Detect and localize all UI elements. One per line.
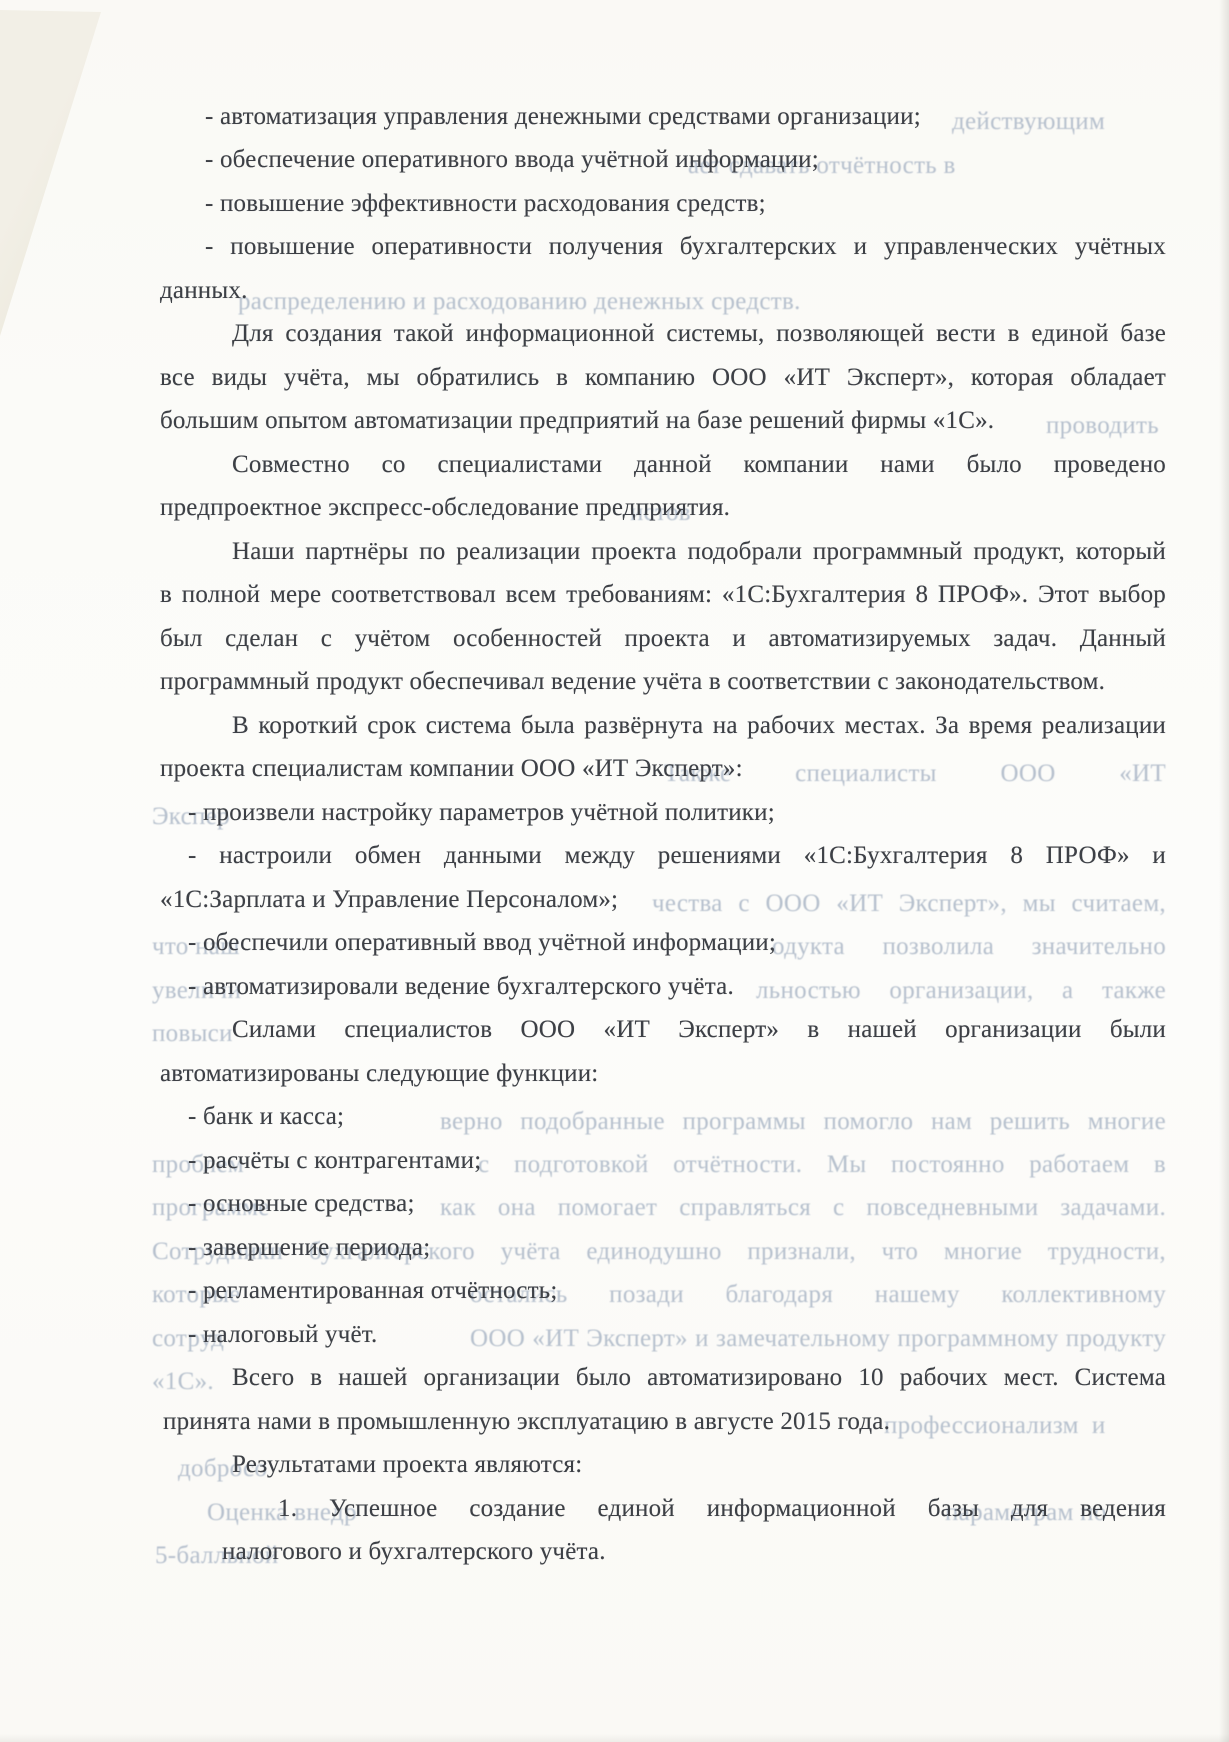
text-line: проекта специалистам компании ООО «ИТ Эк…: [160, 753, 743, 784]
text-line: Результатами проекта являются:: [232, 1449, 582, 1480]
text-line: - автоматизировали ведение бухгалтерског…: [188, 971, 734, 1002]
text-line: Всего в нашей организации было автоматиз…: [232, 1362, 1166, 1393]
text-line: программный продукт обеспечивал ведение …: [160, 666, 1105, 697]
text-line: - завершение периода;: [188, 1232, 430, 1263]
text-line: - повышение оперативности получения бухг…: [205, 231, 1166, 262]
text-line: Для создания такой информационной систем…: [232, 318, 1166, 349]
text-line: большим опытом автоматизации предприятий…: [160, 405, 994, 436]
text-line: - банк и касса;: [188, 1101, 344, 1132]
text-line: В короткий срок система была развёрнута …: [232, 710, 1166, 741]
text-line: предпроектное экспресс-обследование пред…: [160, 492, 730, 523]
text-line: все виды учёта, мы обратились в компанию…: [160, 362, 1166, 393]
text-line: - автоматизация управления денежными сре…: [205, 101, 921, 132]
text-line: принята нами в промышленную эксплуатацию…: [163, 1406, 890, 1437]
text-line: в полной мере соответствовал всем требов…: [160, 579, 1166, 610]
scanned-page: действующимает сдавать отчётность враспр…: [0, 0, 1229, 1742]
text-line: автоматизированы следующие функции:: [160, 1058, 598, 1089]
text-line: - произвели настройку параметров учётной…: [188, 797, 775, 828]
text-line: Совместно со специалистами данной компан…: [232, 449, 1166, 480]
text-line: Силами специалистов ООО «ИТ Эксперт» в н…: [232, 1014, 1166, 1045]
text-line: налогового и бухгалтерского учёта.: [222, 1536, 606, 1567]
text-line: - регламентированная отчётность;: [188, 1275, 557, 1306]
text-line: Наши партнёры по реализации проекта подо…: [232, 536, 1166, 567]
text-layer: - автоматизация управления денежными сре…: [0, 0, 1229, 1742]
text-line: данных.: [160, 275, 248, 306]
text-line: был сделан с учётом особенностей проекта…: [160, 623, 1166, 654]
text-line: - повышение эффективности расходования с…: [205, 188, 766, 219]
text-line: - основные средства;: [188, 1188, 415, 1219]
text-line: «1С:Зарплата и Управление Персоналом»;: [160, 884, 618, 915]
text-line: - расчёты с контрагентами;: [188, 1145, 481, 1176]
text-line: - обеспечение оперативного ввода учётной…: [205, 144, 819, 175]
text-line: 1. Успешное создание единой информационн…: [278, 1493, 1166, 1524]
text-line: - обеспечили оперативный ввод учётной ин…: [188, 927, 776, 958]
text-line: - настроили обмен данными между решениям…: [188, 840, 1166, 871]
text-line: - налоговый учёт.: [188, 1319, 377, 1350]
